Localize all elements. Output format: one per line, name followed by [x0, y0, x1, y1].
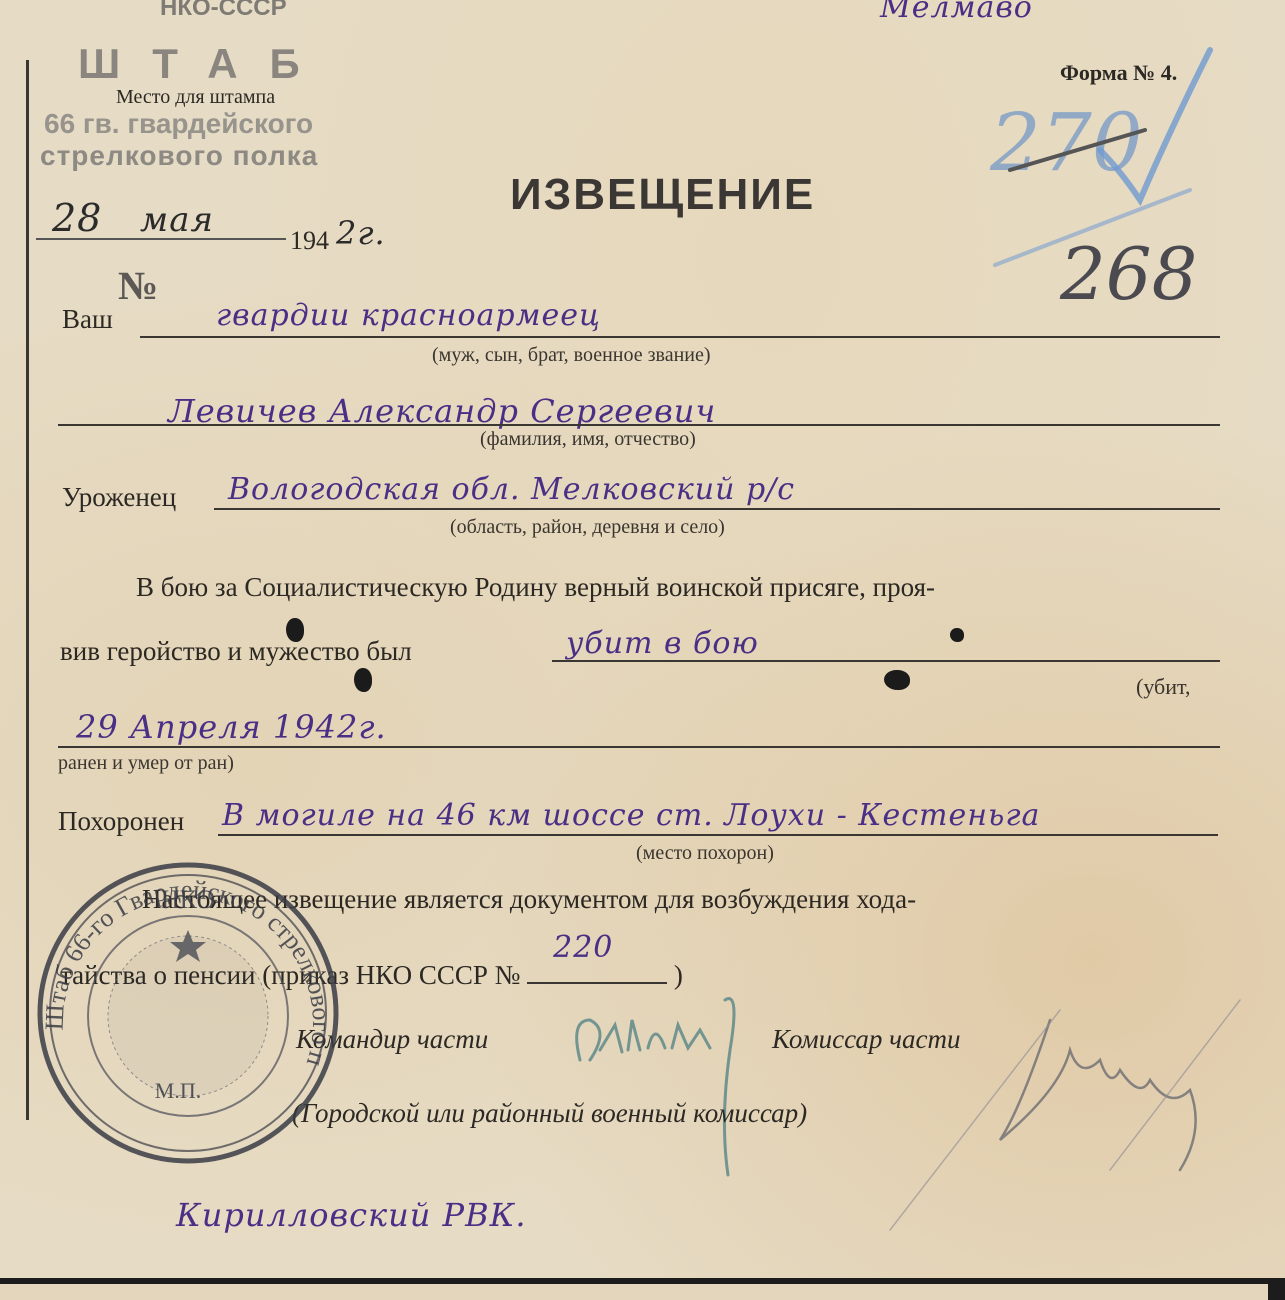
origin-label: Уроженец [62, 482, 176, 513]
buried-caption: (место похорон) [636, 842, 774, 865]
status-underline [552, 660, 1220, 662]
death-date-underline [58, 746, 1220, 748]
buried-underline [218, 834, 1218, 836]
cut-line-label: ЛИНИЯ ОТРЕЗА [0, 573, 6, 574]
relation-underline [140, 336, 1220, 338]
relation-label: Ваш [62, 304, 113, 335]
paper-hole [286, 618, 304, 642]
status-caption-end: ранен и умер от ран) [58, 752, 234, 775]
stamp-regiment-line: 66 гв. гвардейского [44, 108, 313, 140]
paper-hole [354, 668, 372, 692]
name-underline [58, 424, 1220, 426]
date-year-prefix: 194 [290, 226, 329, 256]
stamp-regiment-line2: стрелкового полка [40, 140, 318, 172]
order-number-value: 220 [553, 930, 613, 965]
seal-center-text: М.П. [155, 1078, 201, 1103]
origin-underline [214, 508, 1220, 510]
origin-caption: (область, район, деревня и село) [450, 516, 725, 539]
name-caption: (фамилия, имя, отчество) [480, 428, 696, 451]
relation-value: гвардии красноармеец [216, 298, 601, 333]
order-number-field: 220 [527, 956, 667, 984]
buried-value: В могиле на 46 км шоссе ст. Лоухи - Кест… [222, 798, 1040, 833]
relation-caption: (муж, сын, брат, военное звание) [432, 344, 711, 367]
number-sign: № [118, 262, 158, 309]
stamp-place-label: Место для штампа [116, 86, 275, 109]
stamp-shtab: ШТАБ [78, 40, 332, 88]
date-day: 28 [52, 196, 102, 240]
military-commissar-label: (Городской или районный военный комиссар… [292, 1098, 807, 1129]
official-seal: Штаб 66-го Гвардейского стрелкового полк… [28, 858, 348, 1168]
page-title: ИЗВЕЩЕНИЕ [510, 170, 815, 220]
date-month: мая [140, 200, 214, 240]
notice-line-2-suffix: ) [674, 960, 683, 990]
status-caption-start: (убит, [1136, 674, 1190, 700]
buried-label: Похоронен [58, 806, 184, 837]
body-line-1: В бою за Социалистическую Родину верный … [136, 572, 935, 603]
origin-value: Вологодская обл. Мелковский р/с [228, 472, 795, 507]
top-handwritten-note: Мелмаво [880, 0, 1033, 25]
date-year-suffix: 2г. [336, 214, 386, 252]
bottom-note: Кирилловский РВК. [176, 1196, 527, 1234]
pencil-number: 268 [1060, 232, 1197, 316]
seal-top-text: НКО [161, 885, 215, 914]
stamp-nko-ussr: НКО-СССР [160, 0, 287, 22]
death-notice-document: ЛИНИЯ ОТРЕЗА НКО-СССР ШТАБ 66 гв. гварде… [0, 0, 1285, 1278]
paper-hole [884, 670, 910, 690]
status-value: убит в бою [566, 626, 759, 661]
commissar-signature [870, 990, 1250, 1240]
death-date-value: 29 Апреля 1942г. [76, 708, 387, 746]
commander-signature [560, 990, 760, 1180]
body-line-2: вив геройство и мужество был [60, 636, 412, 667]
page-edge-border [0, 1278, 1285, 1300]
paper-hole [950, 628, 964, 642]
date-underline [36, 238, 286, 240]
next-page-edge [0, 1284, 1268, 1300]
